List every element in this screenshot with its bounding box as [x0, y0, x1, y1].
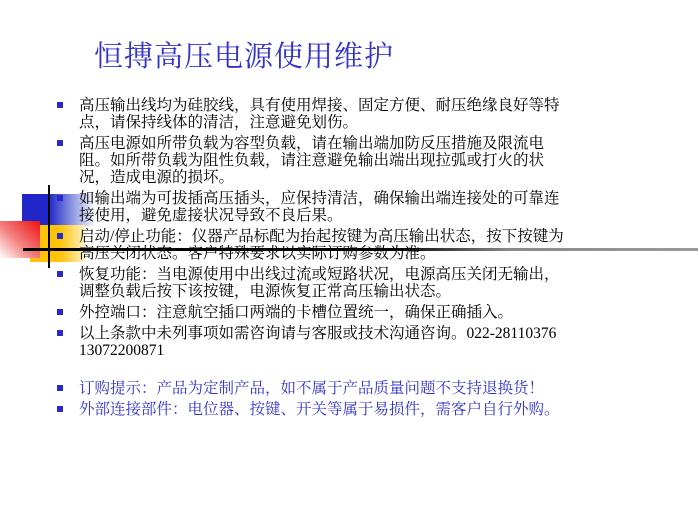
bullet-text: 以上条款中未列事项如需咨询请与客服或技术沟通咨询。022-28110376 13…: [79, 325, 556, 359]
note-item: 外部连接部件：电位器、按键、开关等属于易损件，需客户自行外购。: [57, 401, 657, 418]
slide-body: 高压输出线均为硅胶线，具有使用焊接、固定方便、耐压绝缘良好等特 点，请保持线体的…: [57, 97, 657, 422]
note-text: 外部连接部件：电位器、按键、开关等属于易损件，需客户自行外购。: [79, 401, 560, 418]
note-item: 订购提示：产品为定制产品，如不属于产品质量问题不支持退换货！: [57, 380, 657, 397]
bullet-marker-icon: [57, 385, 63, 391]
note-text: 订购提示：产品为定制产品，如不属于产品质量问题不支持退换货！: [79, 380, 544, 397]
bullet-text: 外控端口：注意航空插口两端的卡槽位置统一，确保正确插入。: [79, 304, 513, 321]
slide-title: 恒搏高压电源使用维护: [94, 40, 394, 74]
bullet-item: 以上条款中未列事项如需咨询请与客服或技术沟通咨询。022-28110376 13…: [57, 325, 657, 359]
bullet-item: 恢复功能：当电源使用中出线过流或短路状况，电源高压关闭无输出， 调整负载后按下该…: [57, 266, 657, 300]
bullet-marker-icon: [57, 102, 63, 108]
bullet-marker-icon: [57, 233, 63, 239]
bullet-item: 如输出端为可拔插高压插头，应保持清洁，确保输出端连接处的可靠连 接使用，避免虚接…: [57, 190, 657, 224]
bullet-text: 启动/停止功能：仪器产品标配为抬起按键为高压输出状态，按下按键为 高压关闭状态。…: [79, 228, 564, 262]
red-square-decoration: [0, 221, 40, 258]
bullet-text: 恢复功能：当电源使用中出线过流或短路状况，电源高压关闭无输出， 调整负载后按下该…: [79, 266, 560, 300]
slide: 恒搏高压电源使用维护 高压输出线均为硅胶线，具有使用焊接、固定方便、耐压绝缘良好…: [0, 0, 698, 523]
bullet-item: 高压输出线均为硅胶线，具有使用焊接、固定方便、耐压绝缘良好等特 点，请保持线体的…: [57, 97, 657, 131]
bullet-item: 外控端口：注意航空插口两端的卡槽位置统一，确保正确插入。: [57, 304, 657, 321]
bullet-marker-icon: [57, 271, 63, 277]
bullet-marker-icon: [57, 330, 63, 336]
bullet-marker-icon: [57, 195, 63, 201]
vertical-line-decoration: [48, 185, 50, 268]
bullet-marker-icon: [57, 309, 63, 315]
bullet-text: 高压输出线均为硅胶线，具有使用焊接、固定方便、耐压绝缘良好等特 点，请保持线体的…: [79, 97, 560, 131]
bullet-item: 启动/停止功能：仪器产品标配为抬起按键为高压输出状态，按下按键为 高压关闭状态。…: [57, 228, 657, 262]
bullet-text: 如输出端为可拔插高压插头，应保持清洁，确保输出端连接处的可靠连 接使用，避免虚接…: [79, 190, 560, 224]
bullet-marker-icon: [57, 140, 63, 146]
bullet-item: 高压电源如所带负载为容型负载，请在输出端加防反压措施及限流电 阻。如所带负载为阻…: [57, 135, 657, 186]
maintenance-bullet-list: 高压输出线均为硅胶线，具有使用焊接、固定方便、耐压绝缘良好等特 点，请保持线体的…: [57, 97, 657, 359]
bullet-marker-icon: [57, 406, 63, 412]
purchase-notes-list: 订购提示：产品为定制产品，如不属于产品质量问题不支持退换货！ 外部连接部件：电位…: [57, 380, 657, 418]
bullet-text: 高压电源如所带负载为容型负载，请在输出端加防反压措施及限流电 阻。如所带负载为阻…: [79, 135, 544, 186]
